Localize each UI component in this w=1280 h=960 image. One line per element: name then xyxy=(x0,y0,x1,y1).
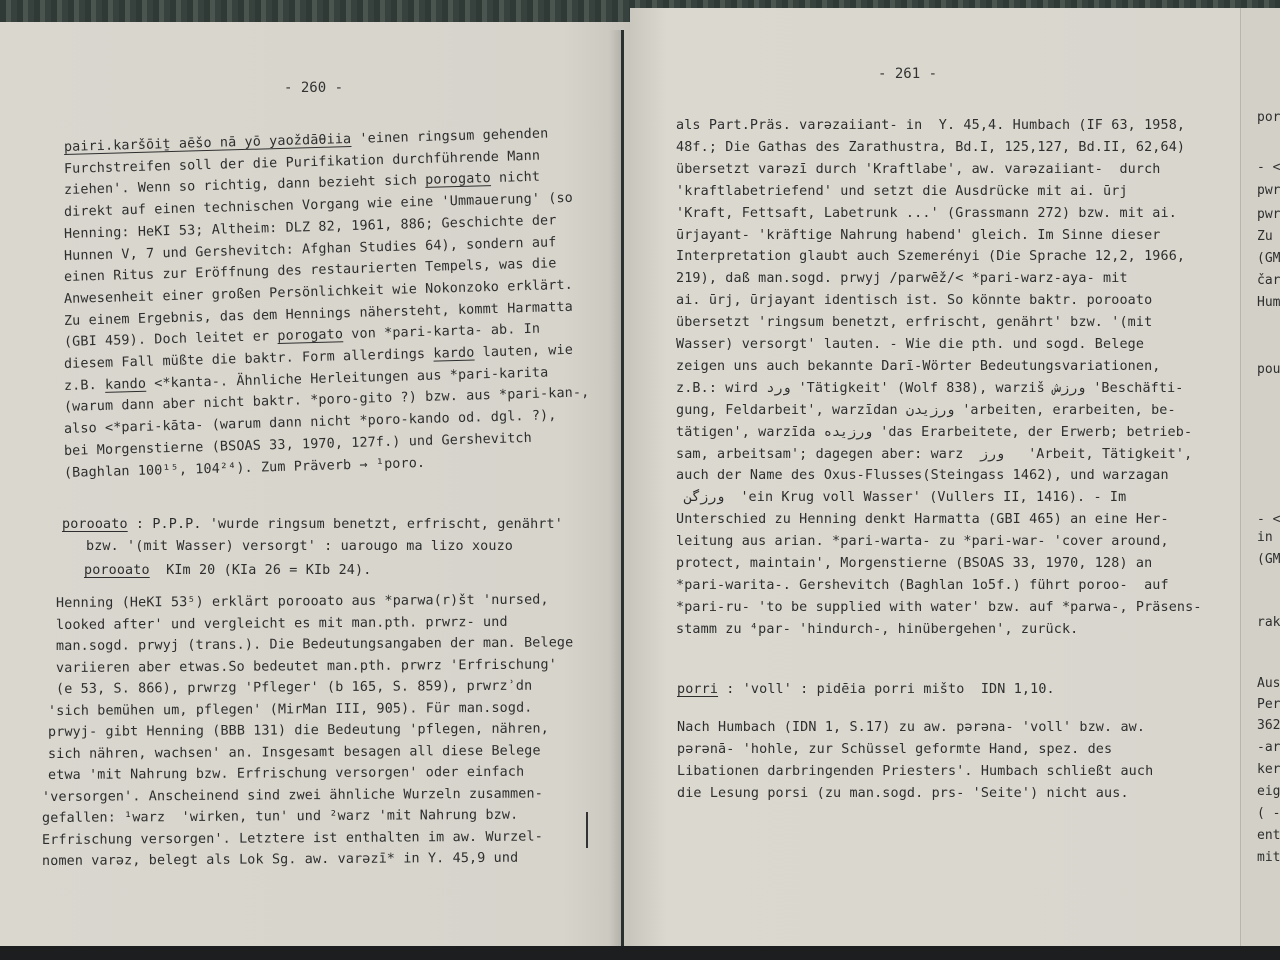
entry-definition: : 'voll' : pidēia porri mišto IDN 1,10. xyxy=(718,682,1055,697)
text: lauten, wie xyxy=(474,343,573,361)
entry-porri: porri : 'voll' : pidēia porri mišto IDN … xyxy=(677,680,1055,700)
page-number-right: - 261 - xyxy=(878,66,937,82)
next-page-text-fragment: (GM xyxy=(1257,552,1280,567)
margin-mark xyxy=(586,812,588,848)
next-page-text-fragment: ( - xyxy=(1257,806,1280,821)
text-line: *pari-warita-. Gershevitch (Baghlan 1o5f… xyxy=(676,576,1169,596)
text-line: ورزگن 'ein Krug voll Wasser' (Vullers II… xyxy=(676,488,1126,508)
next-page-text-fragment: (GM xyxy=(1257,251,1280,266)
text-line: 'versorgen'. Anscheinend sind zwei ähnli… xyxy=(42,784,543,807)
next-page-text-fragment: pwr xyxy=(1257,207,1280,222)
headword-citation: porooato xyxy=(84,563,150,578)
text-line: die Lesung porsi (zu man.sogd. prs- 'Sei… xyxy=(677,784,1129,804)
text-line: variieren aber etwas.So bedeutet man.pth… xyxy=(56,655,557,678)
text-line: übersetzt varəzī durch 'Kraftlabe', aw. … xyxy=(676,160,1161,180)
headword: porooato xyxy=(62,517,128,532)
underlined-term: porogato xyxy=(425,171,491,188)
text-line: ūrjayant- 'kräftige Nahrung habend' glei… xyxy=(676,226,1161,246)
text-line: Unterschied zu Henning denkt Harmatta (G… xyxy=(676,510,1169,530)
text-line: 219), daß man.sogd. prwyj /parwēž/< *par… xyxy=(676,269,1128,289)
text-line: 48f.; Die Gathas des Zarathustra, Bd.I, … xyxy=(676,138,1185,158)
next-page-text-fragment: eig xyxy=(1257,784,1280,799)
text-line: stamm zu ⁴par- 'hindurch-, hinübergehen'… xyxy=(676,620,1078,640)
next-page-text-fragment: por xyxy=(1257,110,1280,125)
text-line: auch der Name des Oxus-Flusses(Steingass… xyxy=(676,466,1169,486)
text-line: gefallen: ¹warz 'wirken, tun' und ²warz … xyxy=(42,806,518,829)
next-page-text-fragment: pwr xyxy=(1257,183,1280,198)
text-line: Erfrischung versorgen'. Letztere ist ent… xyxy=(42,827,543,850)
text-line: 'sich bemühen um, pflegen' (MirMan III, … xyxy=(48,698,533,721)
entry-porooato-line1: porooato : P.P.P. 'wurde ringsum benetzt… xyxy=(62,515,563,535)
headword: porri xyxy=(677,682,718,697)
text-line: 'kraftlabetriefend' und setzt die Ausdrü… xyxy=(676,182,1128,202)
text-line: als Part.Präs. varəzaiiant- in Y. 45,4. … xyxy=(676,116,1185,136)
underlined-term: kando xyxy=(105,376,146,392)
next-page-text-fragment: čar xyxy=(1257,273,1280,288)
text-line: pərənā- 'hohle, zur Schüssel geformte Ha… xyxy=(677,740,1112,760)
text-line: looked after' und vergleicht es mit man.… xyxy=(56,612,508,635)
text-line: sam, arbeitsam'; dagegen aber: warz ورز … xyxy=(676,445,1192,465)
next-page-text-fragment: Aus xyxy=(1257,676,1280,691)
underlined-term: porogato xyxy=(277,328,343,345)
text-line: Henning (HeKI 53⁵) erklärt porooato aus … xyxy=(56,591,549,614)
text: nicht xyxy=(491,170,541,186)
next-page-text-fragment: Hum xyxy=(1257,295,1280,310)
text-line: nomen varəz, belegt als Lok Sg. aw. varə… xyxy=(42,849,518,872)
text: 'einen ringsum gehenden xyxy=(351,126,548,146)
text-line: man.sogd. prwyj (trans.). Die Bedeutungs… xyxy=(56,633,573,657)
text-line: Libationen darbringenden Priesters'. Hum… xyxy=(677,762,1153,782)
next-page-text-fragment: 362 xyxy=(1257,718,1280,733)
next-page-text-fragment: - < xyxy=(1257,512,1280,527)
next-page-text-fragment: ker xyxy=(1257,762,1280,777)
next-page-text-fragment: mit xyxy=(1257,850,1280,865)
next-page-text-fragment: Zu xyxy=(1257,229,1273,244)
next-page-text-fragment: ent xyxy=(1257,828,1280,843)
page-number-left: - 260 - xyxy=(284,80,343,96)
text: von *pari-karta- ab. In xyxy=(343,322,540,342)
next-page-text-fragment: pou xyxy=(1257,362,1280,377)
text-line: (e 53, S. 866), prwrzg 'Pfleger' (b 165,… xyxy=(56,677,532,700)
text-line: tätigen', warzīda ورزيده 'das Erarbeitet… xyxy=(676,423,1192,443)
entry-definition: : P.P.P. 'wurde ringsum benetzt, erfrisc… xyxy=(128,517,563,532)
text-line: *pari-ru- 'to be supplied with water' bz… xyxy=(676,598,1202,618)
text: (GBI 459). Doch leitet er xyxy=(64,329,278,350)
entry-porooato-line2: bzw. '(mit Wasser) versorgt' : uarougo m… xyxy=(86,537,513,557)
text-line: sich nähren, wachsen' an. Insgesamt besa… xyxy=(48,741,541,764)
text-line: zeigen uns auch bekannte Darī-Wörter Bed… xyxy=(676,357,1161,377)
next-page-text-fragment: Per xyxy=(1257,697,1280,712)
text-line: protect, maintain', Morgenstierne (BSOAS… xyxy=(676,554,1152,574)
text-line: etwa 'mit Nahrung bzw. Erfrischung verso… xyxy=(48,763,524,786)
underlined-term: kardo xyxy=(433,346,474,362)
next-page-text-fragment: in xyxy=(1257,530,1273,545)
next-page-text-fragment: -ar xyxy=(1257,740,1280,755)
citation: KIm 20 (KIa 26 = KIb 24). xyxy=(150,563,372,578)
text-line: übersetzt 'ringsum benetzt, erfrischt, g… xyxy=(676,313,1152,333)
text-line: z.B.: wird ورد 'Tätigkeit' (Wolf 838), w… xyxy=(676,379,1184,399)
next-page-text-fragment: rak xyxy=(1257,615,1280,630)
text-line: Nach Humbach (IDN 1, S.17) zu aw. pərəna… xyxy=(677,718,1145,738)
text-line: leitung aus arian. *pari-warta- zu *pari… xyxy=(676,532,1169,552)
next-page-text-fragment: - < xyxy=(1257,160,1280,175)
book-spine xyxy=(621,30,624,948)
text-line: 'Kraft, Fettsaft, Labetrunk ...' (Grassm… xyxy=(676,204,1177,224)
text-line: Wasser) versorgt' lauten. - Wie die pth.… xyxy=(676,335,1144,355)
text-line: prwyj- gibt Henning (BBB 131) die Bedeut… xyxy=(48,720,549,743)
bottom-edge xyxy=(0,946,1280,960)
entry-porooato-line3: porooato KIm 20 (KIa 26 = KIb 24). xyxy=(84,561,371,581)
text-line: gung, Feldarbeit', warzīdan ورزيدن 'arbe… xyxy=(676,401,1176,421)
text: z.B. xyxy=(64,378,105,394)
text-line: ai. ūrj, ūrjayant identisch ist. So könn… xyxy=(676,291,1152,311)
text-line: Interpretation glaubt auch Szemerényi (D… xyxy=(676,247,1185,267)
